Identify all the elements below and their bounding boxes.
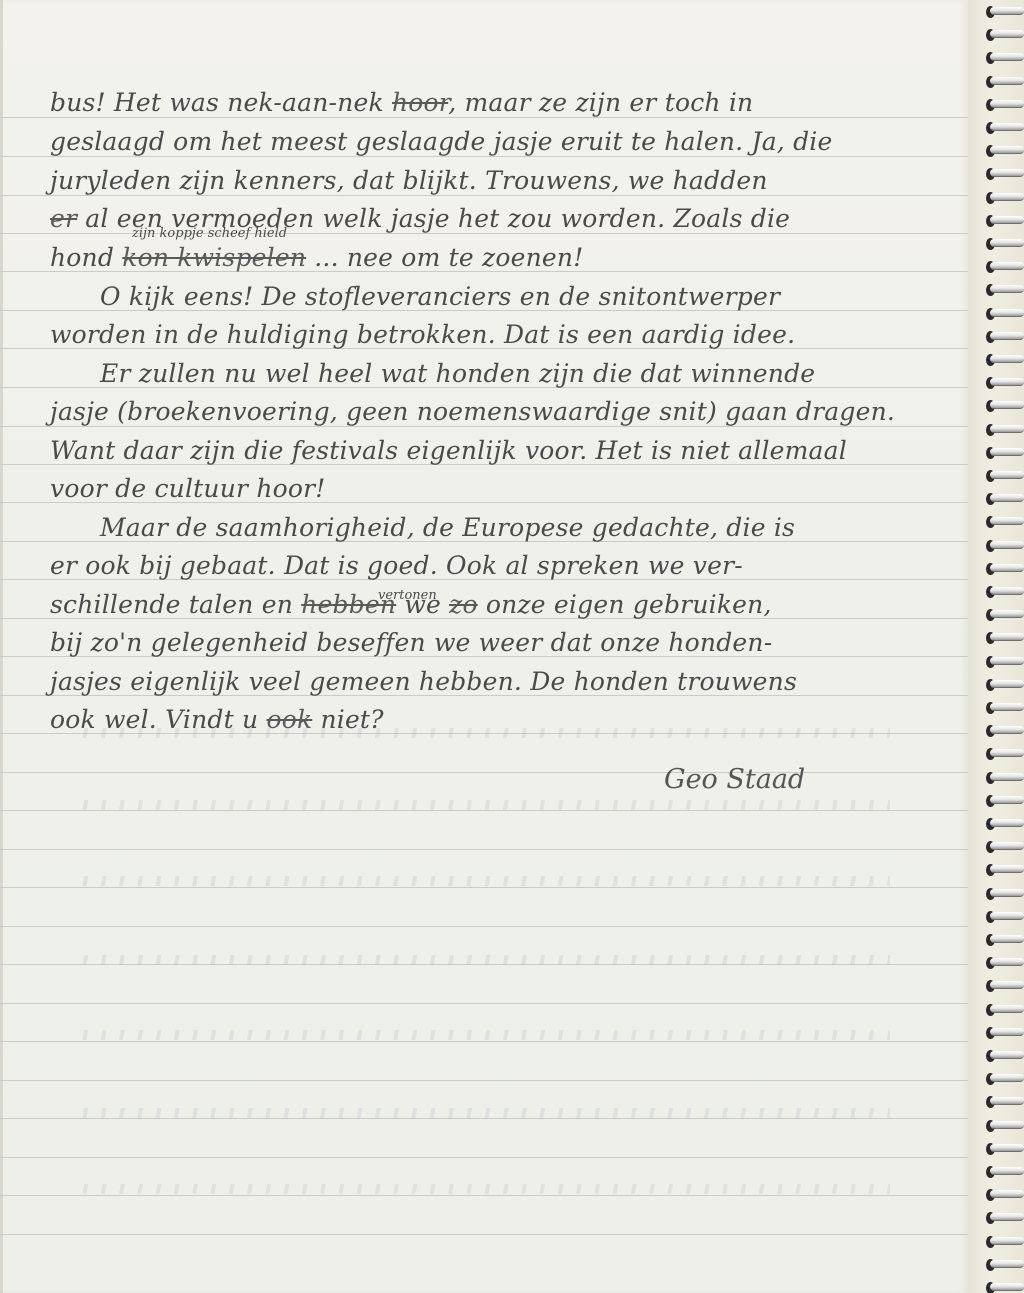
spiral-ring — [986, 259, 1024, 275]
text-line: hond kon kwispelen ... nee om te zoenen! — [50, 243, 583, 272]
wire-loop — [990, 796, 1024, 804]
wire-loop — [990, 935, 1024, 943]
wire-loop — [990, 1051, 1024, 1059]
spiral-ring — [986, 74, 1024, 90]
wire-loop — [990, 100, 1024, 108]
struck-word: zo — [449, 590, 478, 619]
wire-loop — [990, 1167, 1024, 1175]
ruled-line — [0, 810, 968, 811]
wire-loop — [990, 842, 1024, 850]
ruled-line — [0, 887, 968, 888]
spiral-ring — [986, 862, 1024, 878]
wire-loop — [990, 541, 1024, 549]
spiral-ring — [986, 630, 1024, 646]
page-edge — [0, 0, 3, 1293]
wire-loop — [990, 1005, 1024, 1013]
wire-loop — [990, 912, 1024, 920]
spiral-ring — [986, 1141, 1024, 1157]
ruled-line — [0, 772, 968, 773]
spiral-ring — [986, 607, 1024, 623]
wire-loop — [990, 1121, 1024, 1129]
wire-loop — [990, 123, 1024, 131]
spiral-ring — [986, 422, 1024, 438]
wire-loop — [990, 865, 1024, 873]
wire-loop — [990, 146, 1024, 154]
wire-loop — [990, 30, 1024, 38]
spiral-ring — [986, 793, 1024, 809]
spiral-ring — [986, 375, 1024, 391]
ruled-line — [0, 195, 968, 196]
wire-loop — [990, 425, 1024, 433]
spiral-ring — [986, 1187, 1024, 1203]
text-line: er ook bij gebaat. Dat is goed. Ook al s… — [50, 551, 743, 580]
ruled-line — [0, 1118, 968, 1119]
spiral-ring — [986, 166, 1024, 182]
struck-word: ook — [266, 705, 312, 734]
struck-word: hebben — [301, 590, 396, 619]
ruled-line — [0, 926, 968, 927]
wire-loop — [990, 239, 1024, 247]
spiral-ring — [986, 282, 1024, 298]
ruled-line — [0, 1080, 968, 1081]
spiral-ring — [986, 27, 1024, 43]
spiral-ring — [986, 1071, 1024, 1087]
spiral-ring — [986, 120, 1024, 136]
spiral-ring — [986, 514, 1024, 530]
spiral-ring — [986, 700, 1024, 716]
spiral-ring — [986, 1210, 1024, 1226]
spiral-ring — [986, 1094, 1024, 1110]
spiral-ring — [986, 978, 1024, 994]
wire-loop — [990, 657, 1024, 665]
wire-loop — [990, 958, 1024, 966]
inserted-correction: zijn koppje scheef hield — [132, 226, 287, 241]
wire-loop — [990, 193, 1024, 201]
text-line: jasje (broekenvoering, geen noemenswaard… — [50, 397, 895, 426]
spiral-ring — [986, 746, 1024, 762]
spiral-ring — [986, 932, 1024, 948]
text-line: geslaagd om het meest geslaagde jasje er… — [50, 127, 833, 156]
wire-loop — [990, 309, 1024, 317]
spiral-ring — [986, 50, 1024, 66]
bleed-through — [70, 1184, 890, 1194]
wire-loop — [990, 1074, 1024, 1082]
spiral-ring — [986, 677, 1024, 693]
wire-loop — [990, 517, 1024, 525]
wire-loop — [990, 216, 1024, 224]
spiral-ring — [986, 468, 1024, 484]
ruled-line — [0, 1041, 968, 1042]
bleed-through — [70, 1108, 890, 1118]
spiral-ring — [986, 306, 1024, 322]
spiral-ring — [986, 909, 1024, 925]
struck-word: er — [50, 204, 77, 233]
wire-loop — [990, 726, 1024, 734]
wire-loop — [990, 378, 1024, 386]
text-line: Want daar zijn die festivals eigenlijk v… — [50, 436, 847, 465]
wire-loop — [990, 169, 1024, 177]
wire-loop — [990, 1144, 1024, 1152]
wire-loop — [990, 494, 1024, 502]
spiral-ring — [986, 1280, 1024, 1293]
text-line: juryleden zijn kenners, dat blijkt. Trou… — [50, 166, 768, 195]
wire-loop — [990, 749, 1024, 757]
wire-loop — [990, 77, 1024, 85]
ruled-line — [0, 1234, 968, 1235]
ruled-line — [0, 1003, 968, 1004]
spiral-ring — [986, 4, 1024, 20]
spiral-ring — [986, 584, 1024, 600]
ruled-line — [0, 117, 968, 118]
spiral-ring — [986, 213, 1024, 229]
wire-loop — [990, 981, 1024, 989]
wire-loop — [990, 587, 1024, 595]
bleed-through — [70, 1030, 890, 1040]
spiral-ring — [986, 770, 1024, 786]
spiral-ring — [986, 886, 1024, 902]
ruled-line — [0, 1195, 968, 1196]
struck-word: hoor — [392, 88, 448, 117]
spiral-ring — [986, 1002, 1024, 1018]
wire-loop — [990, 819, 1024, 827]
wire-loop — [990, 633, 1024, 641]
wire-loop — [990, 401, 1024, 409]
signature: Geo Staad — [664, 764, 805, 795]
wire-loop — [990, 448, 1024, 456]
spiral-ring — [986, 1257, 1024, 1273]
text-line: voor de cultuur hoor! — [50, 474, 326, 503]
text-line: worden in de huldiging betrokken. Dat is… — [50, 320, 795, 349]
spiral-ring — [986, 329, 1024, 345]
spiral-ring — [986, 143, 1024, 159]
wire-loop — [990, 332, 1024, 340]
wire-loop — [990, 680, 1024, 688]
wire-loop — [990, 355, 1024, 363]
spiral-ring — [986, 654, 1024, 670]
wire-loop — [990, 53, 1024, 61]
bleed-through — [70, 876, 890, 886]
spiral-ring — [986, 352, 1024, 368]
text-line: schillende talen en hebben we zo onze ei… — [50, 590, 772, 619]
text-line: O kijk eens! De stofleveranciers en de s… — [100, 282, 780, 311]
wire-loop — [990, 262, 1024, 270]
spiral-ring — [986, 839, 1024, 855]
spiral-ring — [986, 398, 1024, 414]
spiral-ring — [986, 445, 1024, 461]
ruled-line — [0, 426, 968, 427]
wire-loop — [990, 1213, 1024, 1221]
spiral-ring — [986, 1118, 1024, 1134]
spiral-ring — [986, 236, 1024, 252]
wire-loop — [990, 773, 1024, 781]
wire-loop — [990, 1028, 1024, 1036]
bleed-through — [70, 955, 890, 965]
spiral-ring — [986, 1025, 1024, 1041]
text-line: bus! Het was nek-aan-nek hoor, maar ze z… — [50, 88, 753, 117]
notebook-page: bus! Het was nek-aan-nek hoor, maar ze z… — [0, 0, 968, 1293]
wire-loop — [990, 7, 1024, 15]
text-line: Maar de saamhorigheid, de Europese gedac… — [100, 513, 795, 542]
wire-loop — [990, 471, 1024, 479]
spiral-ring — [986, 1048, 1024, 1064]
spiral-ring — [986, 955, 1024, 971]
wire-loop — [990, 1237, 1024, 1245]
wire-loop — [990, 1283, 1024, 1291]
wire-loop — [990, 610, 1024, 618]
bleed-through — [70, 800, 890, 810]
wire-loop — [990, 1190, 1024, 1198]
spiral-ring — [986, 816, 1024, 832]
ruled-line — [0, 1157, 968, 1158]
wire-loop — [990, 703, 1024, 711]
text-line: bij zo'n gelegenheid beseffen we weer da… — [50, 628, 772, 657]
spiral-ring — [986, 97, 1024, 113]
spiral-ring — [986, 1234, 1024, 1250]
wire-loop — [990, 1097, 1024, 1105]
wire-loop — [990, 889, 1024, 897]
ruled-line — [0, 849, 968, 850]
text-line: Er zullen nu wel heel wat honden zijn di… — [100, 359, 815, 388]
struck-words: kon kwispelen — [122, 243, 306, 272]
text-line: jasjes eigenlijk veel gemeen hebben. De … — [50, 667, 797, 696]
ruled-line — [0, 156, 968, 157]
spiral-ring — [986, 561, 1024, 577]
spiral-ring — [986, 491, 1024, 507]
spiral-ring — [986, 190, 1024, 206]
wire-loop — [990, 1260, 1024, 1268]
text-line: ook wel. Vindt u ook niet? — [50, 705, 384, 734]
wire-loop — [990, 285, 1024, 293]
spiral-ring — [986, 1164, 1024, 1180]
spiral-ring — [986, 723, 1024, 739]
wire-loop — [990, 564, 1024, 572]
spiral-ring — [986, 538, 1024, 554]
